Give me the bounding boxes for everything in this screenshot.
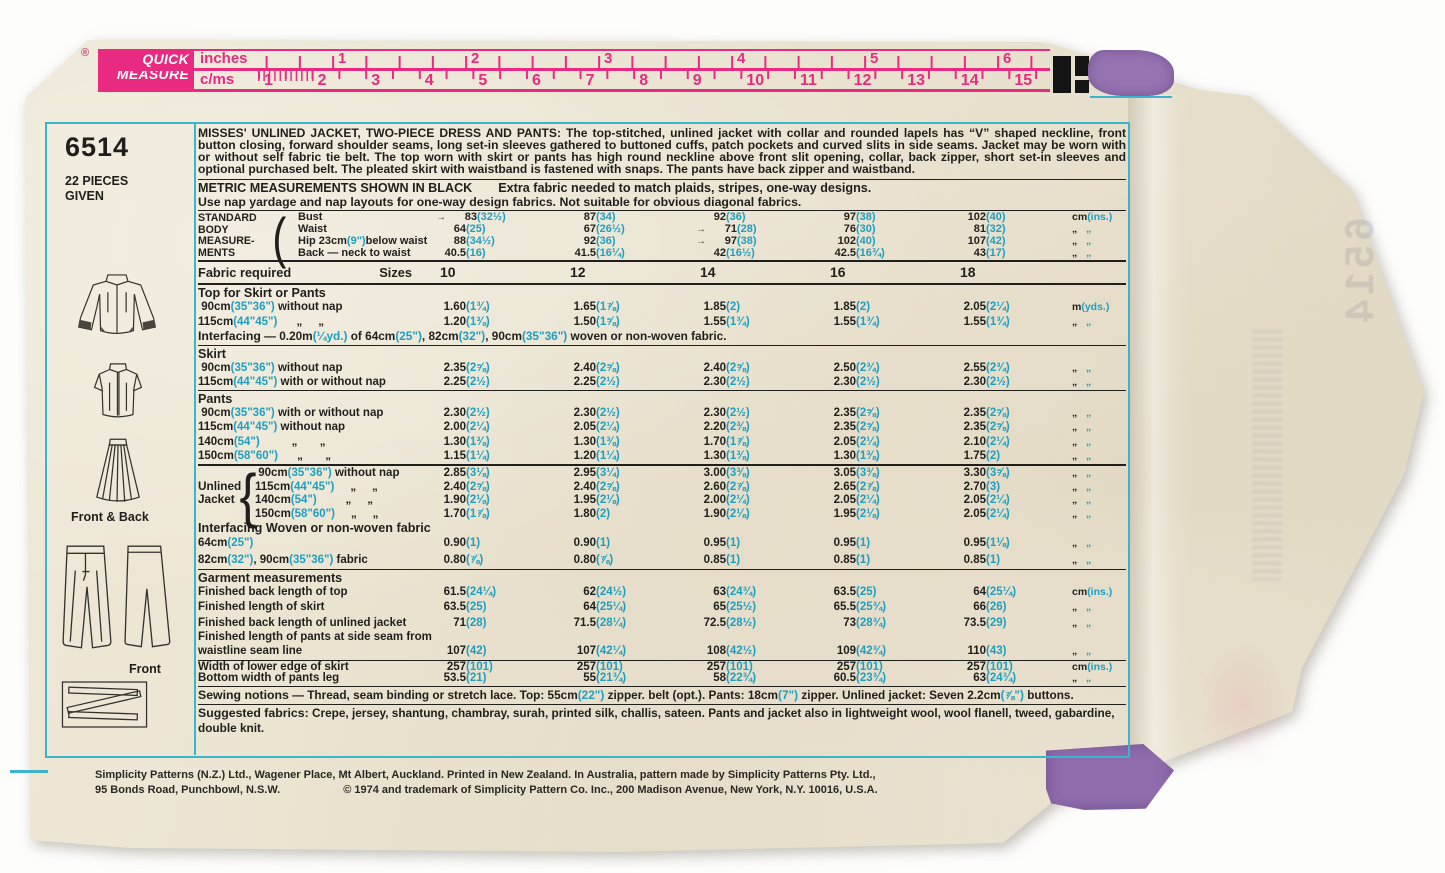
measurement-value: 63(24¾) bbox=[956, 672, 1016, 684]
value-cell: 2.25(2½) bbox=[552, 375, 682, 389]
divider bbox=[198, 569, 1126, 570]
table-row: 90cm(35"36") without nap1.60(1¾)1.65(1⅞)… bbox=[198, 300, 1126, 314]
measurement-value: 1.30(1⅜) bbox=[566, 436, 620, 448]
ruler-inch-ticks bbox=[258, 56, 1038, 68]
value-cell: 2.10(2¼) bbox=[942, 435, 1072, 449]
measurement-value: 1.30(1⅜) bbox=[696, 450, 750, 462]
ruler-cm-number: 15 bbox=[1014, 72, 1032, 90]
value-cell: 2.40(2⅝) bbox=[552, 361, 682, 375]
unlined-jacket-block: UnlinedJacket{ 90cm(35"36") without nap2… bbox=[198, 467, 1126, 521]
measurement-value: 2.35(2⅝) bbox=[956, 407, 1010, 419]
scanned-pattern-envelope: 6514 ® QUICK MEASURE inches c/ms 1234561… bbox=[0, 0, 1445, 873]
value-cell: 65.5(25¾) bbox=[812, 600, 942, 615]
value-cell: 1.85(2) bbox=[682, 300, 812, 314]
value-cell: 0.80(⅞) bbox=[422, 552, 552, 568]
row-label: Finished back length of unlined jacket bbox=[198, 616, 422, 631]
measurement-value: 2.35(2⅝) bbox=[436, 362, 490, 374]
row-label: 150cm(58"60") „ „ bbox=[198, 449, 422, 463]
divider bbox=[198, 179, 1126, 180]
measurement-value: 3.30(3⅝) bbox=[956, 467, 1010, 479]
value-cell: 1.50(1⅝) bbox=[552, 315, 682, 329]
value-cell: 65(25½) bbox=[682, 600, 812, 615]
measurement-value: 2.35(2⅝) bbox=[956, 421, 1010, 433]
size-number: 12 bbox=[552, 263, 682, 282]
table-row: Finished back length of top61.5(24¼)62(2… bbox=[198, 585, 1126, 600]
metric-note-lead: METRIC MEASUREMENTS SHOWN IN BLACK bbox=[198, 181, 472, 196]
note-line: Suggested fabrics: Crepe, jersey, shantu… bbox=[198, 706, 1126, 736]
measurement-value: 2.40(2⅝) bbox=[696, 362, 750, 374]
black-registration-bar bbox=[1075, 80, 1089, 93]
value-cell: 71(28) bbox=[422, 616, 552, 631]
measurement-value: 2.40(2⅝) bbox=[436, 481, 490, 493]
unit-cell: „ „ bbox=[1072, 552, 1126, 568]
value-cell: 2.70(3) bbox=[942, 481, 1072, 495]
measurement-value: 66(26) bbox=[956, 601, 1006, 613]
ruler-cm-number: 12 bbox=[854, 72, 872, 90]
measurement-value: 1.70(1⅞) bbox=[696, 436, 750, 448]
bleed-through-print bbox=[1252, 330, 1282, 580]
row-label: 140cm(54") „ „ bbox=[198, 435, 422, 449]
value-cell: 2.05(2¼) bbox=[942, 508, 1072, 522]
measurement-value: 61.5(24¼) bbox=[436, 586, 496, 598]
ruler-inch-number: 1 bbox=[338, 50, 346, 67]
unit-cell: m(yds.) bbox=[1072, 300, 1126, 314]
unlined-jacket-label: UnlinedJacket bbox=[198, 480, 241, 507]
value-cell: 73(28¾) bbox=[812, 616, 942, 631]
measurement-value: 1.15(1¼) bbox=[436, 450, 490, 462]
value-cell: 2.20(2⅜) bbox=[682, 420, 812, 434]
measurement-value: 53.5(21) bbox=[436, 672, 486, 684]
footer-copyright: © 1974 and trademark of Simplicity Patte… bbox=[343, 783, 877, 798]
note-line: Interfacing — 0.20m(¼yd.) of 64cm(25"), … bbox=[198, 329, 1126, 344]
measurement-value: 108(42½) bbox=[696, 645, 756, 657]
value-cell: 66(26) bbox=[942, 600, 1072, 615]
measurement-value: 1.90(2⅛) bbox=[696, 508, 750, 520]
value-cell: 76(30) bbox=[812, 224, 942, 236]
measurement-value: 71.5(28¼) bbox=[566, 617, 626, 629]
bleed-through-number: 6514 bbox=[1338, 218, 1383, 327]
section-heading: Interfacing Woven or non-woven fabric bbox=[198, 521, 1126, 535]
ruler-cm-number: 8 bbox=[639, 72, 648, 90]
value-cell: 62(24½) bbox=[552, 585, 682, 600]
measurement-value: 42.5(16¾) bbox=[826, 247, 885, 259]
table-row: 90cm(35"36") without nap2.35(2⅝)2.40(2⅝)… bbox=[198, 361, 1126, 375]
table-row: 115cm(44"45") without nap2.00(2¼)2.05(2¼… bbox=[198, 420, 1126, 434]
skirt-illustration-icon bbox=[91, 436, 145, 508]
measurement-value: 0.85(1) bbox=[826, 554, 870, 566]
row-label: 115cm(44"45") without nap bbox=[198, 420, 422, 434]
row-label: 90cm(35"36") without nap bbox=[198, 361, 422, 375]
ruler-inch-number: 3 bbox=[604, 50, 612, 67]
logo-word-quick: QUICK bbox=[98, 52, 189, 67]
brace-icon: ( bbox=[272, 205, 286, 270]
measurement-value: 1.95(2⅛) bbox=[566, 494, 620, 506]
measurement-value: 55(21¾) bbox=[566, 672, 626, 684]
measurement-value: 73(28¾) bbox=[826, 617, 886, 629]
value-cell: 64(25¼) bbox=[552, 600, 682, 615]
measurement-value: 0.90(1) bbox=[566, 537, 610, 549]
divider bbox=[198, 704, 1126, 705]
ruler-cm-number: 7 bbox=[586, 72, 595, 90]
measurement-value: 102(40) bbox=[956, 211, 1006, 223]
ruler-inch-number: 4 bbox=[737, 50, 745, 67]
unit-cell: „ „ bbox=[1072, 616, 1126, 631]
value-cell: 58(22¾) bbox=[682, 673, 812, 685]
table-row: 64cm(25")0.90(1)0.90(1)0.95(1)0.95(1)0.9… bbox=[198, 535, 1126, 551]
measurement-value: 1.75(2) bbox=[956, 450, 1000, 462]
divider bbox=[198, 464, 1126, 466]
value-cell: 1.75(2) bbox=[942, 449, 1072, 463]
value-cell: 0.90(1) bbox=[552, 535, 682, 551]
measurement-value: 41.5(16¼) bbox=[566, 247, 625, 259]
unit-cell: „ „ bbox=[1072, 435, 1126, 449]
section-heading: Garment measurements bbox=[198, 571, 1126, 585]
value-cell: 1.20(1¼) bbox=[552, 449, 682, 463]
measurement-value: 2.10(2¼) bbox=[956, 436, 1010, 448]
measurement-value: 3.05(3⅜) bbox=[826, 467, 880, 479]
ruler-cm-number: 11 bbox=[800, 72, 817, 90]
ruler-cms-label: c/ms bbox=[200, 71, 234, 88]
measurement-value: 64(25¼) bbox=[956, 586, 1016, 598]
value-cell: 63(24¾) bbox=[682, 585, 812, 600]
sizes-label: Sizes bbox=[379, 263, 412, 282]
value-cell: 88(34½) bbox=[422, 236, 552, 248]
value-cell: 1.70(1⅞) bbox=[422, 508, 552, 522]
value-cell: 63(24¾) bbox=[942, 673, 1072, 685]
ruler-cm-number: 14 bbox=[961, 72, 979, 90]
value-cell: 3.05(3⅜) bbox=[812, 467, 942, 481]
value-cell: 1.95(2⅛) bbox=[552, 494, 682, 508]
value-cell: 2.00(2¼) bbox=[682, 494, 812, 508]
brace-icon: { bbox=[240, 461, 257, 530]
value-cell: 2.85(3⅛) bbox=[422, 467, 552, 481]
measurement-value: 0.85(1) bbox=[956, 554, 1000, 566]
measurement-value: 257(101) bbox=[566, 661, 623, 673]
table-row: 115cm(44"45") „ „2.40(2⅝)2.40(2⅝)2.60(2⅞… bbox=[198, 481, 1126, 495]
measurement-value: 1.85(2) bbox=[696, 301, 740, 313]
ruler-cm-number: 2 bbox=[318, 72, 327, 90]
value-cell: 110(43) bbox=[942, 644, 1072, 659]
cyan-line-fragment bbox=[1090, 96, 1172, 98]
measurement-value: 40.5(16) bbox=[436, 247, 486, 259]
measurement-value: 1.95(2⅛) bbox=[826, 508, 880, 520]
table-row: 90cm(35"36") with or without nap2.30(2½)… bbox=[198, 406, 1126, 420]
measurement-value: 2.65(2⅞) bbox=[826, 481, 880, 493]
value-cell: 2.40(2⅝) bbox=[422, 481, 552, 495]
fabric-requirements-table: Top for Skirt or Pants 90cm(35"36") with… bbox=[198, 286, 1126, 736]
ruler-inches-label: inches bbox=[200, 50, 248, 67]
measurement-value: 257(101) bbox=[826, 661, 883, 673]
section-heading: Top for Skirt or Pants bbox=[198, 286, 1126, 300]
value-cell: 2.35(2⅝) bbox=[812, 420, 942, 434]
value-cell: 2.05(2¼) bbox=[552, 420, 682, 434]
measurement-value: 1.70(1⅞) bbox=[436, 508, 490, 520]
measurement-value: 1.55(1¾) bbox=[696, 316, 750, 328]
measurement-value: 0.95(1) bbox=[696, 537, 740, 549]
unit-cell: „ „ bbox=[1072, 600, 1126, 615]
measurement-value: 62(24½) bbox=[566, 586, 626, 598]
measurement-value: 257(101) bbox=[436, 661, 493, 673]
row-label: Finished length of pants at side seam fr… bbox=[198, 631, 1126, 644]
unit-cell: „ „ bbox=[1072, 248, 1126, 260]
value-cell: 2.35(2⅝) bbox=[812, 406, 942, 420]
value-cell: 2.35(2⅝) bbox=[422, 361, 552, 375]
row-label: 115cm(44"45") with or without nap bbox=[198, 375, 422, 389]
value-cell: 2.30(2½) bbox=[942, 375, 1072, 389]
measurement-value: 2.00(2¼) bbox=[436, 421, 490, 433]
value-cell: 2.05(2¼) bbox=[942, 300, 1072, 314]
measurement-value: 110(43) bbox=[956, 645, 1006, 657]
ruler-inch-number: 5 bbox=[870, 50, 878, 67]
measurement-value: 3.00(3⅜) bbox=[696, 467, 750, 479]
measurement-value: 2.85(3⅛) bbox=[436, 467, 490, 479]
measurement-value: 0.95(1⅛) bbox=[956, 537, 1010, 549]
table-row: 150cm(58"60") „ „1.70(1⅞)1.80(2)1.90(2⅛)… bbox=[198, 508, 1126, 522]
metric-note-right: Extra fabric needed to match plaids, str… bbox=[498, 181, 871, 196]
value-cell: 43(17) bbox=[942, 248, 1072, 260]
measurement-value: 2.35(2⅝) bbox=[826, 421, 880, 433]
envelope-flap-crease bbox=[1128, 95, 1192, 763]
measurement-value: 0.80(⅞) bbox=[566, 554, 613, 566]
value-cell: 2.40(2⅝) bbox=[682, 361, 812, 375]
garment-description: MISSES' UNLINED JACKET, TWO-PIECE DRESS … bbox=[198, 128, 1126, 176]
size-header-row: Fabric required Sizes 1012141618 bbox=[198, 263, 1126, 282]
value-cell: 1.30(1⅜) bbox=[812, 449, 942, 463]
measurement-value: 107(42¼) bbox=[566, 645, 626, 657]
measurement-value: 257(101) bbox=[696, 661, 753, 673]
value-cell: 1.70(1⅞) bbox=[682, 435, 812, 449]
value-cell: 2.30(2½) bbox=[682, 375, 812, 389]
nap-note-line: Use nap yardage and nap layouts for one-… bbox=[198, 195, 1126, 209]
row-label: Finished back length of top bbox=[198, 585, 422, 600]
row-label: 150cm(58"60") „ „ bbox=[198, 508, 422, 522]
quick-measure-ruler: ® QUICK MEASURE inches c/ms 123456123456… bbox=[98, 44, 1050, 92]
measurement-value: 97(38) bbox=[826, 211, 876, 223]
measurement-value: 1.90(2⅛) bbox=[436, 494, 490, 506]
measurement-value: 1.60(1¾) bbox=[436, 301, 490, 313]
measurement-value: 2.30(2½) bbox=[956, 376, 1010, 388]
unit-cell: „ „ bbox=[1072, 508, 1126, 522]
front-and-back-label: Front & Back bbox=[71, 510, 149, 524]
measurement-value: 2.60(2⅞) bbox=[696, 481, 750, 493]
value-cell: 2.05(2¼) bbox=[812, 494, 942, 508]
size-number: 14 bbox=[682, 263, 812, 282]
value-cell: 2.65(2⅞) bbox=[812, 481, 942, 495]
value-cell: 0.95(1) bbox=[682, 535, 812, 551]
value-cell: 107(42¼) bbox=[552, 644, 682, 659]
divider bbox=[198, 686, 1126, 687]
measurement-value: 73.5(29) bbox=[956, 617, 1006, 629]
measurement-value: →97(38) bbox=[696, 235, 757, 247]
body-measurements-rows: Bust→83(32½)87(34)92(36)97(38)102(40)cm(… bbox=[198, 212, 1126, 259]
ruler-cm-number: 13 bbox=[907, 72, 925, 90]
publisher-footer: Simplicity Patterns (N.Z.) Ltd., Wagener… bbox=[95, 768, 995, 798]
value-cell: 2.35(2⅝) bbox=[942, 406, 1072, 420]
unit-cell: „ „ bbox=[1072, 361, 1126, 375]
measurement-value: 2.05(2¼) bbox=[956, 301, 1010, 313]
ruler-cm-number: 1 bbox=[264, 72, 273, 90]
value-cell: 2.40(2⅝) bbox=[552, 481, 682, 495]
measurement-value: 1.20(1¼) bbox=[566, 450, 620, 462]
value-cell: 2.95(3¼) bbox=[552, 467, 682, 481]
table-row: Back — neck to waist40.5(16)41.5(16¼)42(… bbox=[198, 248, 1126, 260]
measurement-value: 0.85(1) bbox=[696, 554, 740, 566]
measurement-value: 257(101) bbox=[956, 661, 1013, 673]
size-number: 10 bbox=[422, 263, 552, 282]
measurement-value: 1.65(1⅞) bbox=[566, 301, 620, 313]
measurement-value: 1.50(1⅝) bbox=[566, 316, 620, 328]
value-cell: 1.15(1¼) bbox=[422, 449, 552, 463]
value-cell: 53.5(21) bbox=[422, 673, 552, 685]
value-cell: 60.5(23¾) bbox=[812, 673, 942, 685]
measurement-value: 58(22¾) bbox=[696, 672, 756, 684]
measurement-value: 2.25(2½) bbox=[566, 376, 620, 388]
unit-cell: „ „ bbox=[1072, 644, 1126, 659]
unit-cell: „ „ bbox=[1072, 481, 1126, 495]
value-cell: 1.30(1⅜) bbox=[682, 449, 812, 463]
value-cell: 42(16½) bbox=[682, 248, 812, 260]
measurement-value: 1.80(2) bbox=[566, 508, 610, 520]
registered-icon: ® bbox=[81, 47, 89, 59]
value-cell: 107(42) bbox=[942, 236, 1072, 248]
value-cell: 1.20(1⅜) bbox=[422, 315, 552, 329]
table-row: 115cm(44"45") „ „1.20(1⅜)1.50(1⅝)1.55(1¾… bbox=[198, 315, 1126, 329]
measurement-value: 2.40(2⅝) bbox=[566, 362, 620, 374]
unit-cell: „ „ bbox=[1072, 494, 1126, 508]
ruler-inch-number: 2 bbox=[471, 50, 479, 67]
measurement-value: 1.55(1¾) bbox=[826, 316, 880, 328]
size-number: 18 bbox=[942, 263, 1072, 282]
measurement-value: 87(34) bbox=[566, 211, 616, 223]
left-column: 6514 22 PIECES GIVEN bbox=[47, 124, 196, 755]
standard-body-measurements-label: STANDARDBODYMEASURE-MENTS bbox=[198, 213, 257, 259]
ruler-cm-number: 9 bbox=[693, 72, 702, 90]
black-registration-bar bbox=[1053, 56, 1071, 93]
measurement-value: 2.20(2⅜) bbox=[696, 421, 750, 433]
ruler-cm-number: 10 bbox=[746, 72, 764, 90]
value-cell: 2.25(2½) bbox=[422, 375, 552, 389]
value-cell: 2.30(2½) bbox=[682, 406, 812, 420]
value-cell: 2.30(2½) bbox=[812, 375, 942, 389]
row-label: 82cm(32"), 90cm(35"36") fabric bbox=[198, 552, 422, 568]
measurement-value: 2.05(2¼) bbox=[826, 436, 880, 448]
row-label: 90cm(35"36") with or without nap bbox=[198, 406, 422, 420]
measurement-value: 2.50(2¾) bbox=[826, 362, 880, 374]
note-line: Sewing notions — Thread, seam binding or… bbox=[198, 688, 1126, 703]
main-content: MISSES' UNLINED JACKET, TWO-PIECE DRESS … bbox=[198, 126, 1126, 755]
value-cell: 72.5(28½) bbox=[682, 616, 812, 631]
value-cell: 1.60(1¾) bbox=[422, 300, 552, 314]
value-cell: 1.85(2) bbox=[812, 300, 942, 314]
section-heading: Pants bbox=[198, 392, 1126, 406]
row-label: Finished length of skirt bbox=[198, 600, 422, 615]
footer-address: 95 Bonds Road, Punchbowl, N.S.W. bbox=[95, 783, 280, 798]
divider bbox=[198, 345, 1126, 346]
table-row: waistline seam line107(42)107(42¼)108(42… bbox=[198, 644, 1126, 659]
unit-cell: cm(ins.) bbox=[1072, 585, 1126, 600]
value-cell: 63.5(25) bbox=[422, 600, 552, 615]
measurement-value: 1.30(1⅜) bbox=[826, 450, 880, 462]
measurement-value: →83(32½) bbox=[436, 211, 506, 223]
value-cell: 1.55(1¾) bbox=[812, 315, 942, 329]
value-cell: 0.85(1) bbox=[682, 552, 812, 568]
value-cell: 55(21¾) bbox=[552, 673, 682, 685]
purple-marker-stain-top bbox=[1088, 50, 1174, 96]
ruler-cm-number: 5 bbox=[478, 72, 487, 90]
value-cell: 1.90(2⅛) bbox=[422, 494, 552, 508]
row-label: Bottom width of pants leg bbox=[198, 673, 422, 685]
jacket-back-illustration-icon bbox=[75, 270, 159, 342]
measurement-value: 92(36) bbox=[696, 211, 746, 223]
value-cell: 64(25¼) bbox=[942, 585, 1072, 600]
measurement-value: 81(32) bbox=[956, 223, 1006, 235]
measurement-value: 63.5(25) bbox=[436, 601, 486, 613]
table-row: 90cm(35"36") without nap2.85(3⅛)2.95(3¼)… bbox=[198, 467, 1126, 481]
value-cell: 107(42) bbox=[422, 644, 552, 659]
measurement-value: 2.35(2⅝) bbox=[826, 407, 880, 419]
unit-cell: „ „ bbox=[1072, 673, 1126, 685]
measurement-value: 64(25¼) bbox=[566, 601, 626, 613]
measurement-value: 42(16½) bbox=[696, 247, 755, 259]
measurement-value: →71(28) bbox=[696, 223, 757, 235]
value-cell: 3.00(3⅜) bbox=[682, 467, 812, 481]
measurement-value: 2.55(2¾) bbox=[956, 362, 1010, 374]
value-cell: 1.55(1¾) bbox=[942, 315, 1072, 329]
unit-cell: „ „ bbox=[1072, 406, 1126, 420]
value-cell: 2.05(2¼) bbox=[812, 435, 942, 449]
measurement-value: 2.70(3) bbox=[956, 481, 1000, 493]
measurement-value: 0.80(⅞) bbox=[436, 554, 483, 566]
measurement-value: 1.20(1⅜) bbox=[436, 316, 490, 328]
row-label: waistline seam line bbox=[198, 644, 422, 659]
ruler-cm-number: 6 bbox=[532, 72, 541, 90]
measurement-value: 107(42) bbox=[956, 235, 1006, 247]
value-cell: 1.80(2) bbox=[552, 508, 682, 522]
body-measurements-block: STANDARDBODYMEASURE-MENTS ( Bust→83(32½)… bbox=[198, 212, 1126, 259]
value-cell: 2.05(2¼) bbox=[942, 494, 1072, 508]
measurement-value: 67(26½) bbox=[566, 223, 625, 235]
value-cell: 41.5(16¼) bbox=[552, 248, 682, 260]
value-cell: 42.5(16¾) bbox=[812, 248, 942, 260]
value-cell: 109(42¾) bbox=[812, 644, 942, 659]
divider bbox=[198, 390, 1126, 391]
value-cell: 0.95(1) bbox=[812, 535, 942, 551]
measurement-value: 107(42) bbox=[436, 645, 486, 657]
value-cell: 1.90(2⅛) bbox=[682, 508, 812, 522]
unit-cell: „ „ bbox=[1072, 375, 1126, 389]
table-row: Finished back length of unlined jacket71… bbox=[198, 616, 1126, 631]
table-row: 150cm(58"60") „ „1.15(1¼)1.20(1¼)1.30(1⅜… bbox=[198, 449, 1126, 463]
value-cell: 2.00(2¼) bbox=[422, 420, 552, 434]
value-cell: 0.90(1) bbox=[422, 535, 552, 551]
measurement-value: 64(25) bbox=[436, 223, 486, 235]
value-cell: 2.60(2⅞) bbox=[682, 481, 812, 495]
table-row: 140cm(54") „ „1.90(2⅛)1.95(2⅛)2.00(2¼)2.… bbox=[198, 494, 1126, 508]
value-cell: 2.30(2½) bbox=[552, 406, 682, 420]
measurement-value: 2.40(2⅝) bbox=[566, 481, 620, 493]
measurement-value: 72.5(28½) bbox=[696, 617, 756, 629]
ruler-top-line bbox=[194, 49, 1050, 51]
measurement-value: 1.30(1⅜) bbox=[436, 436, 490, 448]
measurement-value: 2.05(2¼) bbox=[566, 421, 620, 433]
ruler-cm-number: 3 bbox=[371, 72, 380, 90]
measurement-value: 1.85(2) bbox=[826, 301, 870, 313]
divider bbox=[198, 260, 1126, 262]
unit-cell: „ „ bbox=[1072, 449, 1126, 463]
measurement-value: 2.05(2¼) bbox=[826, 494, 880, 506]
measurement-value: 2.25(2½) bbox=[436, 376, 490, 388]
measurement-value: 2.05(2¼) bbox=[956, 494, 1010, 506]
